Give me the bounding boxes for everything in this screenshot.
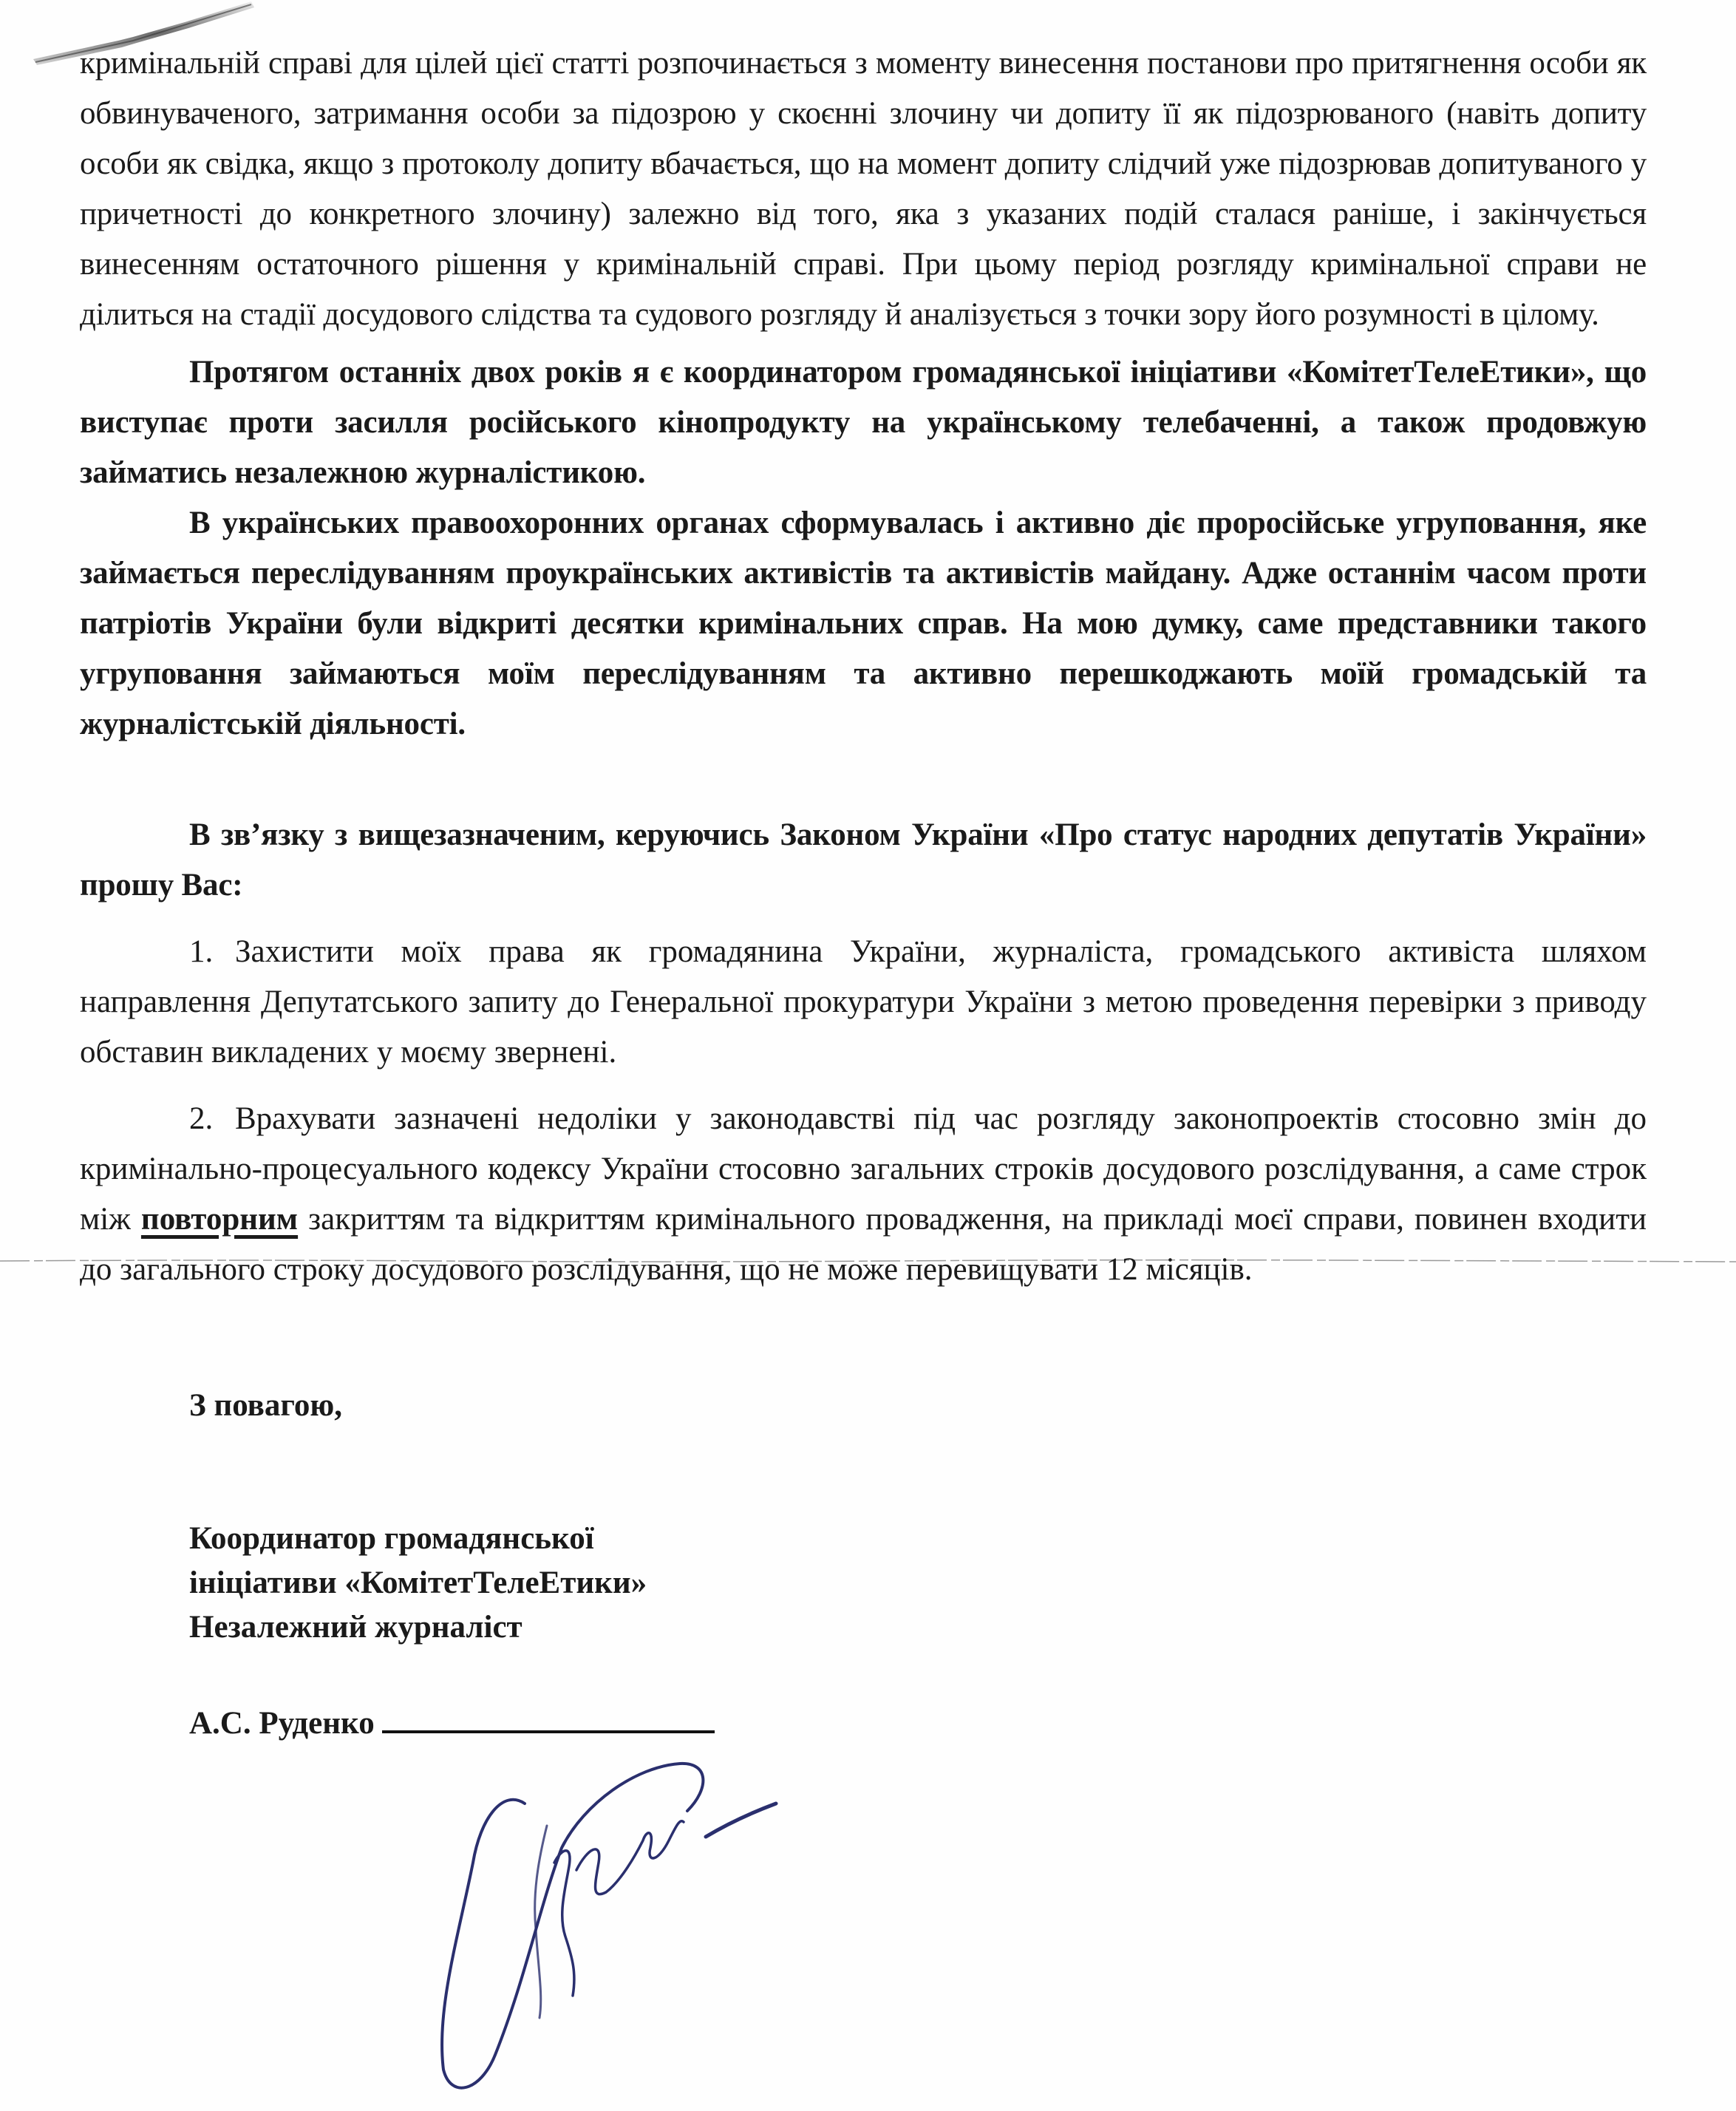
letter-body: кримінальній справі для цілей цієї статт… — [80, 38, 1647, 1746]
paragraph-allegation: В українських правоохоронних органах сфо… — [80, 498, 1647, 749]
request-item-1: 1.Захистити моїх права як громадянина Ук… — [80, 927, 1647, 1078]
signature-blank-line — [382, 1730, 715, 1733]
signer-role-line-3: Незалежний журналіст — [189, 1605, 1647, 1650]
document-page: кримінальній справі для цілей цієї статт… — [0, 0, 1736, 2111]
request-text-after: закриттям та відкриттям кримінального пр… — [80, 1202, 1647, 1287]
emphasized-word: повторним — [141, 1202, 298, 1237]
signer-line: А.С. Руденко — [189, 1702, 1647, 1746]
request-text: Захистити моїх права як громадянина Укра… — [80, 934, 1647, 1070]
salutation: З повагою, — [189, 1384, 1647, 1428]
signature-icon — [414, 1759, 798, 2107]
signer-role-line-1: Координатор громадянської — [189, 1517, 1647, 1561]
request-number: 2. — [189, 1094, 235, 1144]
request-number: 1. — [189, 927, 235, 977]
paragraph-request-intro: В зв’язку з вищезазначеним, керуючись За… — [80, 810, 1647, 911]
paragraph-legal-context: кримінальній справі для цілей цієї статт… — [80, 38, 1647, 340]
closing-block: З повагою, Координатор громадянської іні… — [189, 1384, 1647, 1746]
paragraph-author-background: Протягом останніх двох років я є координ… — [80, 347, 1647, 498]
signer-name: А.С. Руденко — [189, 1706, 375, 1741]
signer-role-line-2: ініціативи «КомітетТелеЕтики» — [189, 1561, 1647, 1605]
request-item-2: 2.Врахувати зазначені недоліки у законод… — [80, 1094, 1647, 1295]
